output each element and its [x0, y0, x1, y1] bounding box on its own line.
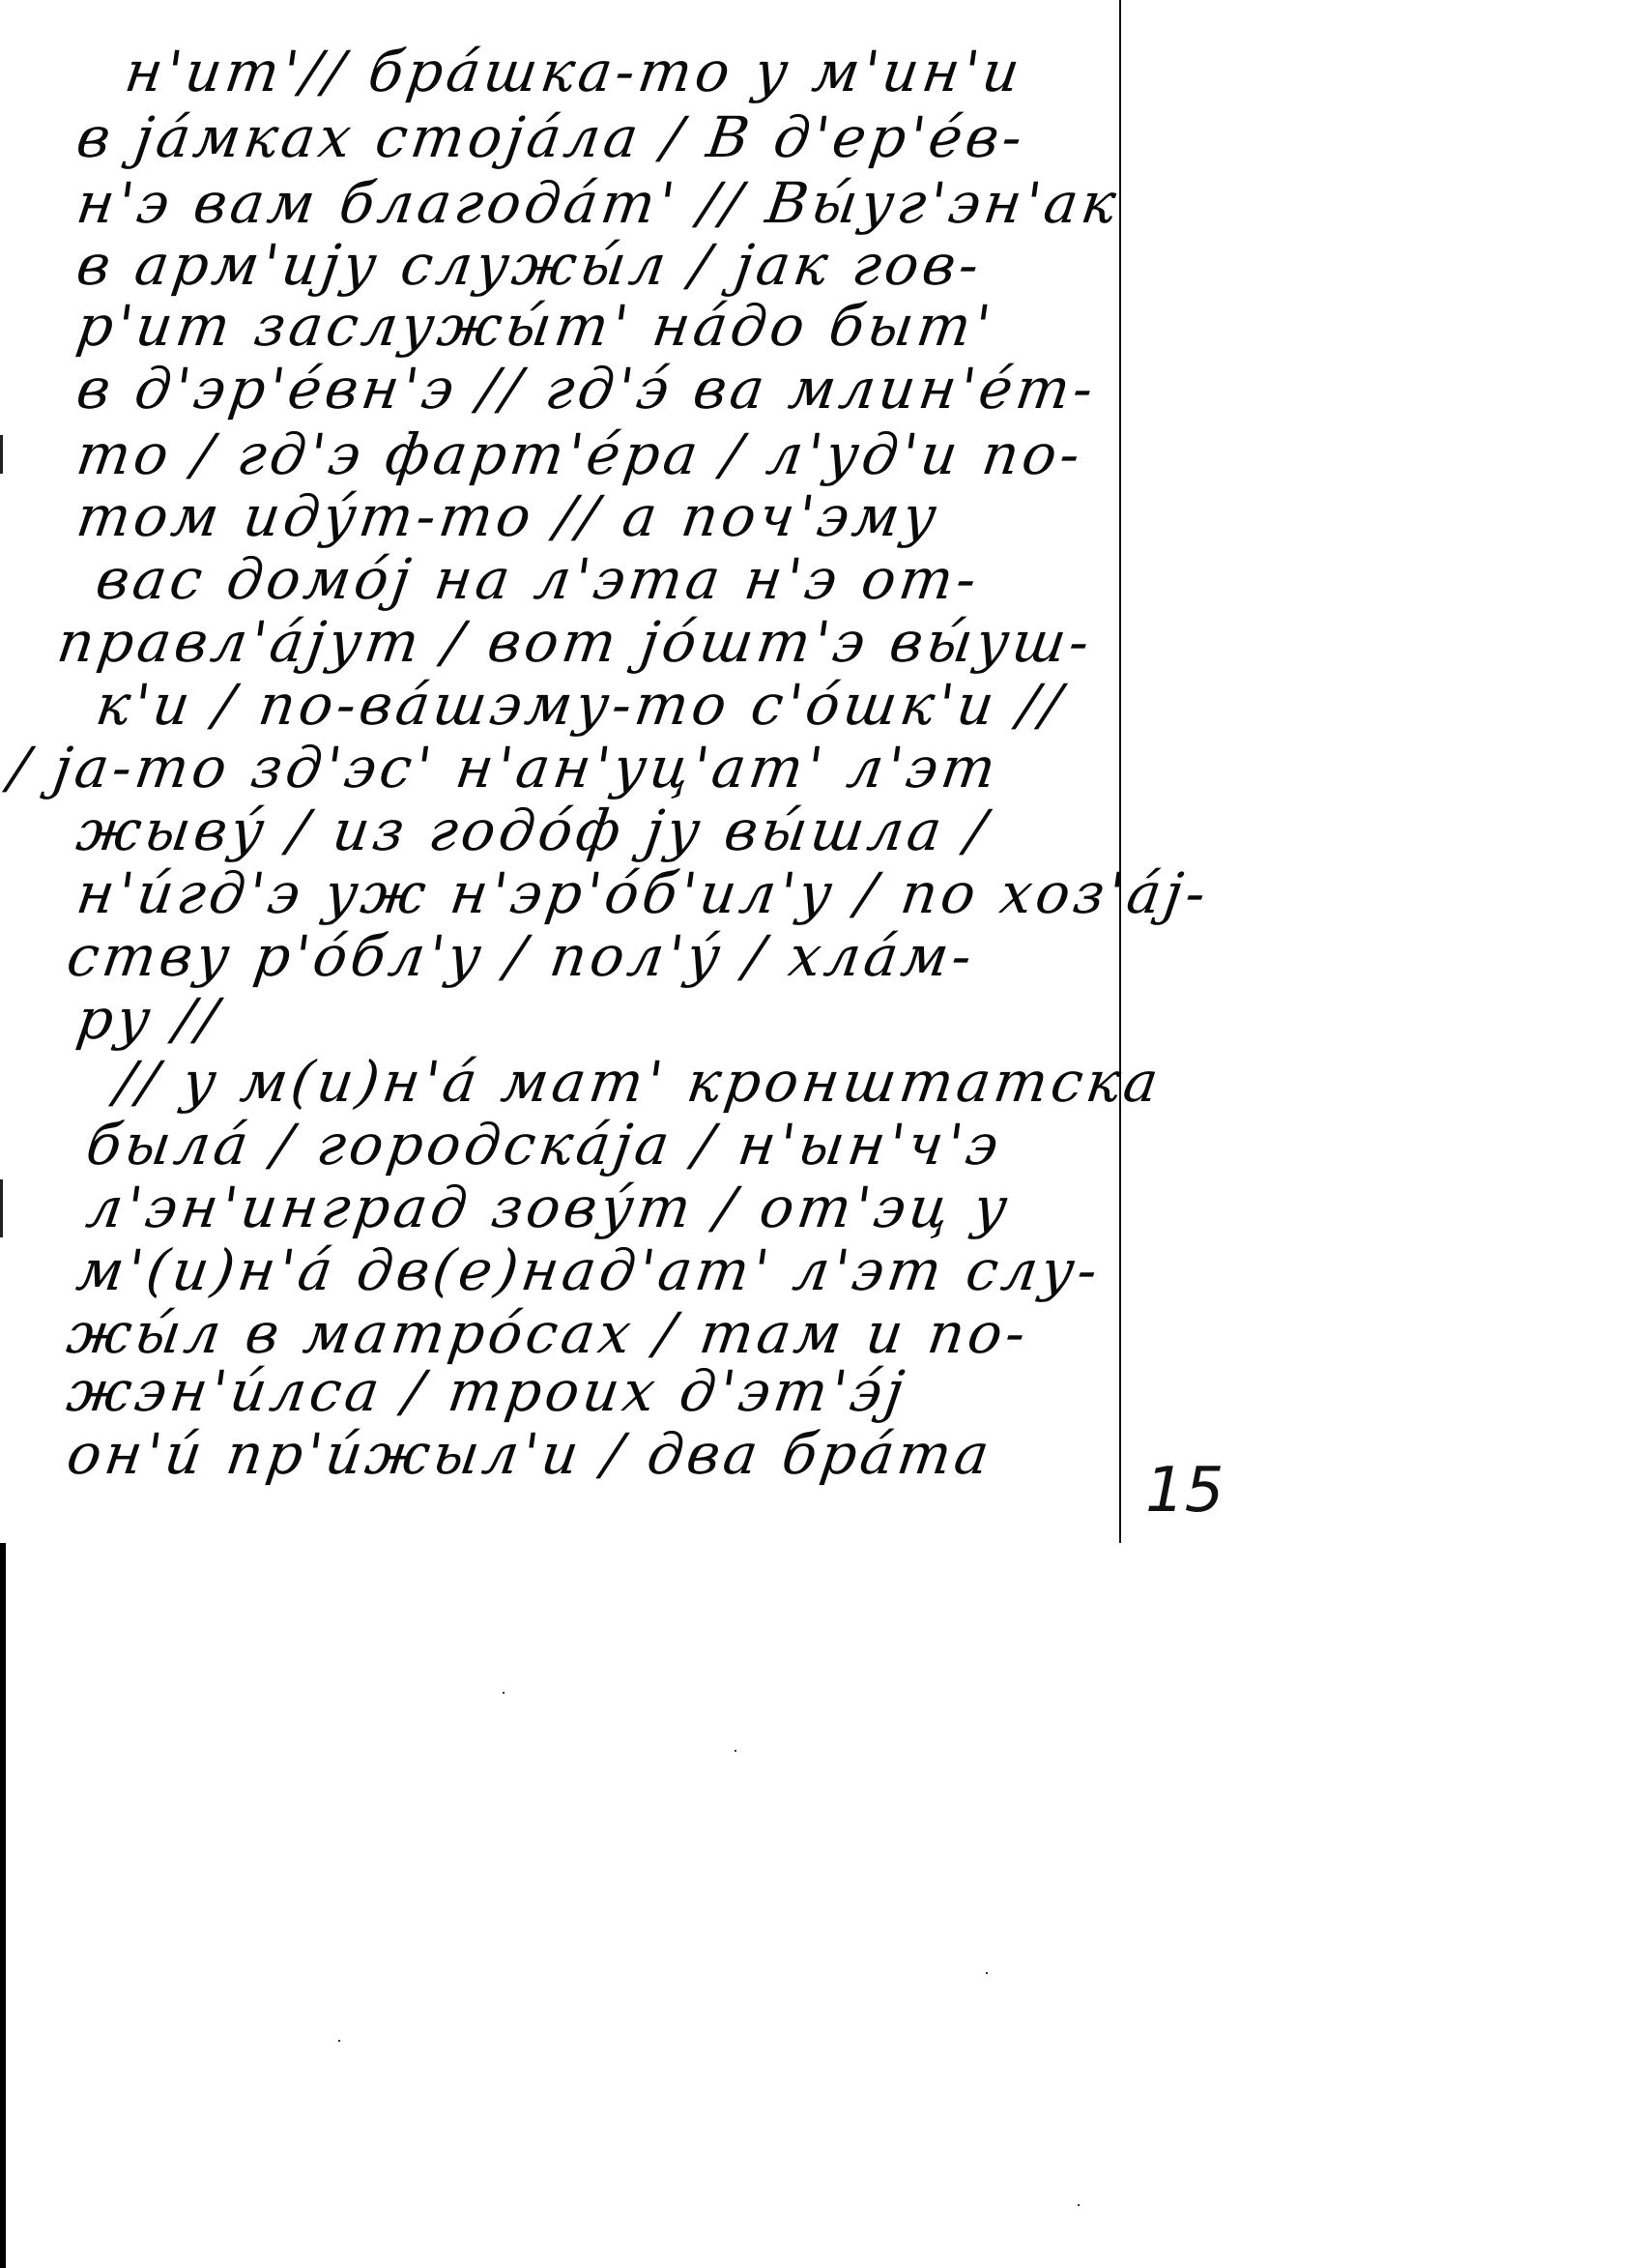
- scan-noise: [735, 1750, 736, 1752]
- text-line: правл'а́јут / вот јо́шт'э вы́уш-: [53, 609, 1097, 675]
- text-line: то / гд'э фарт'е́ра / л'уд'и по-: [72, 422, 1087, 487]
- scan-edge-bar: [0, 1543, 6, 2268]
- right-margin-line: [1119, 0, 1121, 1543]
- scan-noise: [1078, 2204, 1080, 2206]
- text-line: / ја-то зд'эс' н'ан'уц'ат' л'эт: [5, 735, 1003, 800]
- text-line: н'э вам благода́т' // Вы́уг'эн'ак: [72, 170, 1123, 236]
- scan-noise: [338, 2040, 340, 2042]
- page-number: 15: [1145, 1455, 1224, 1527]
- text-line: н'и́гд'э уж н'эр'о́б'ил'у / по хоз'а́ј-: [72, 860, 1213, 926]
- text-line: в арм'ију служы́л / јак гов-: [72, 232, 987, 298]
- text-line: в ја́мках стоја́ла / В д'ер'е́в-: [72, 104, 1029, 170]
- text-line: р'ит заслужы́т' на́до быт': [72, 293, 998, 359]
- scan-noise: [986, 1972, 988, 1974]
- text-line: л'эн'инград зову́т / от'эц у: [82, 1175, 1015, 1240]
- text-line: вас домо́ј на л'эта н'э от-: [92, 546, 984, 612]
- text-line: была́ / городска́ја / н'ын'ч'э: [82, 1112, 1006, 1178]
- text-line: // у м(и)н'а́ мат' кронштатска: [111, 1049, 1166, 1115]
- text-line: в д'эр'е́вн'э // гд'э́ ва млин'е́т-: [72, 356, 1101, 422]
- text-line: м'(и)н'а́ дв(е)над'ат' л'эт слу-: [72, 1237, 1105, 1303]
- text-line: жэн'и́лса / троих д'эт'э́ј: [63, 1358, 911, 1424]
- text-line: жы́л в матро́сах / там и по-: [63, 1300, 1033, 1366]
- manuscript-page: н'ит'// бра́шка-то у м'ин'и в ја́мках ст…: [0, 0, 1643, 2268]
- text-line: том иду́т-то // а поч'эму: [72, 483, 944, 549]
- text-line: жыву́ / из годо́ф ју вы́шла /: [72, 798, 994, 863]
- text-line: ру //: [72, 986, 225, 1052]
- text-line: ству р'о́бл'у / пол'у́ / хла́м-: [63, 923, 979, 989]
- text-line: н'ит'// бра́шка-то у м'ин'и: [121, 39, 1027, 104]
- scan-noise: [503, 1692, 504, 1694]
- text-line: к'и / по-ва́шэму-то с'о́шк'и //: [92, 672, 1069, 738]
- scan-edge-mark: [0, 435, 3, 474]
- text-line: он'и́ пр'и́жыл'и / два бра́та: [63, 1421, 996, 1487]
- scan-edge-mark: [0, 1179, 3, 1237]
